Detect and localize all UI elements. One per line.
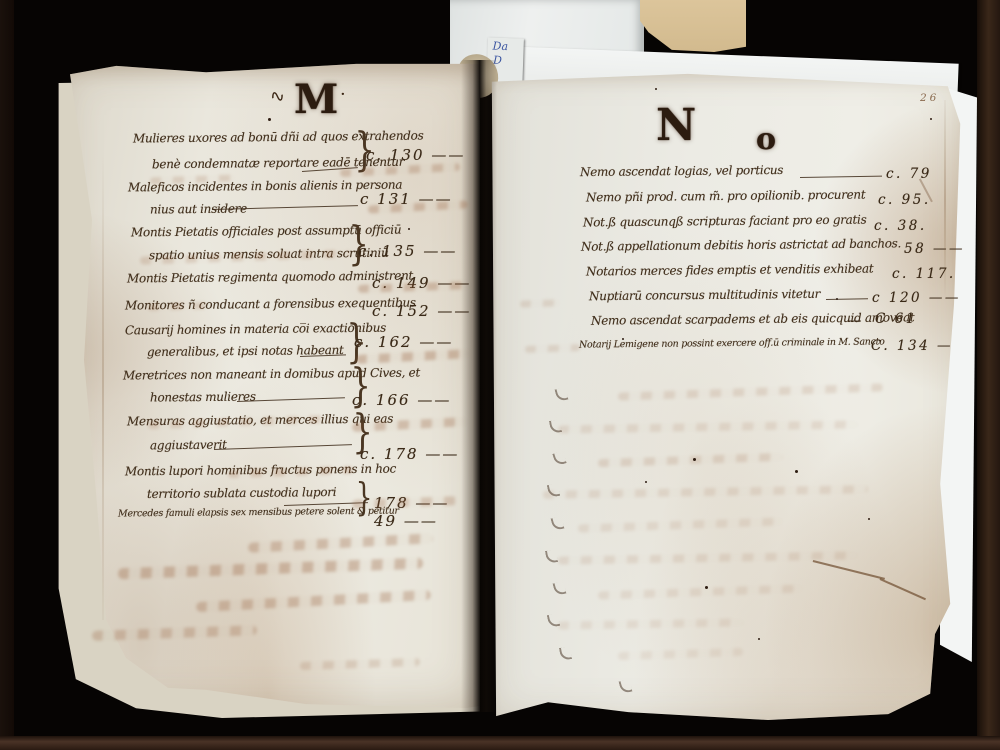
entry-text: honestas mulieres [150,389,256,404]
entry-number: c. 117. [892,266,956,282]
ink-speck [795,470,798,473]
entry-text: Nemo pñi prod. cum m̃. pro opilionib. pr… [586,188,865,205]
ink-bleed-mark [520,299,560,307]
ink-flourish: · [340,84,346,105]
ink-speck [758,638,760,640]
entry-number: c. 135 —— [358,242,457,260]
section-letter-o: o [756,122,776,157]
entry-number: c. 79 [886,166,932,182]
wood-table-edge-bottom [0,736,1000,750]
section-letter-n: N [656,100,696,151]
ink-speck [408,228,410,230]
page-crease [944,100,946,300]
ink-speck [836,298,838,300]
page-crease [102,150,104,620]
entry-number: c 120 —— [872,290,961,306]
folio-number: 26 [920,92,939,104]
manuscript-photograph: Da D ∿ M · Mulieres uxores ad bonū dñi a… [0,0,1000,750]
entry-text: Not.ß quascunqß scripturas faciant pro e… [583,213,867,230]
entry-number: C. 134 — [871,338,953,354]
book-gutter [461,60,497,712]
entry-number: c. 162 —— [354,333,453,351]
entry-number: 49 —— [374,512,438,530]
entry-text: Nuptiarū concursus multitudinis vitetur [589,287,820,303]
entry-text: Montis Pietatis regimenta quomodo admini… [127,269,413,286]
entry-number: c. 130 —— [366,146,465,164]
entry-text: Notarios merces fides emptis et venditis… [586,261,873,278]
entry-number: c. 178 —— [360,445,459,463]
entry-text: generalibus, et ipsi notas habeant [147,343,344,359]
ink-speck [655,88,657,90]
entry-number: 58 —— [904,241,965,257]
ink-speck [268,118,271,121]
manila-folder [640,0,746,52]
ink-speck [930,118,932,120]
ink-speck [705,586,708,589]
entry-dash: — [848,313,864,329]
entry-number: c. 95. [878,192,931,208]
entry-number: c. 152 —— [372,302,471,320]
ink-speck [622,338,624,340]
entry-number: C 61 [875,311,917,327]
ink-speck [645,481,647,483]
entry-number: c. 38. [874,218,927,234]
wood-table-edge-right [977,0,1000,750]
entry-text: aggiustaverit [150,438,227,453]
entry-text: Nemo ascendat logias, vel porticus [580,163,783,179]
entry-text: territorio sublata custodia lupori [147,485,336,501]
section-letter-m: M [294,76,338,123]
ink-speck [693,458,696,461]
tab-writing: Da [492,41,508,53]
ink-speck [868,518,870,520]
wood-table-edge-left [0,0,14,750]
